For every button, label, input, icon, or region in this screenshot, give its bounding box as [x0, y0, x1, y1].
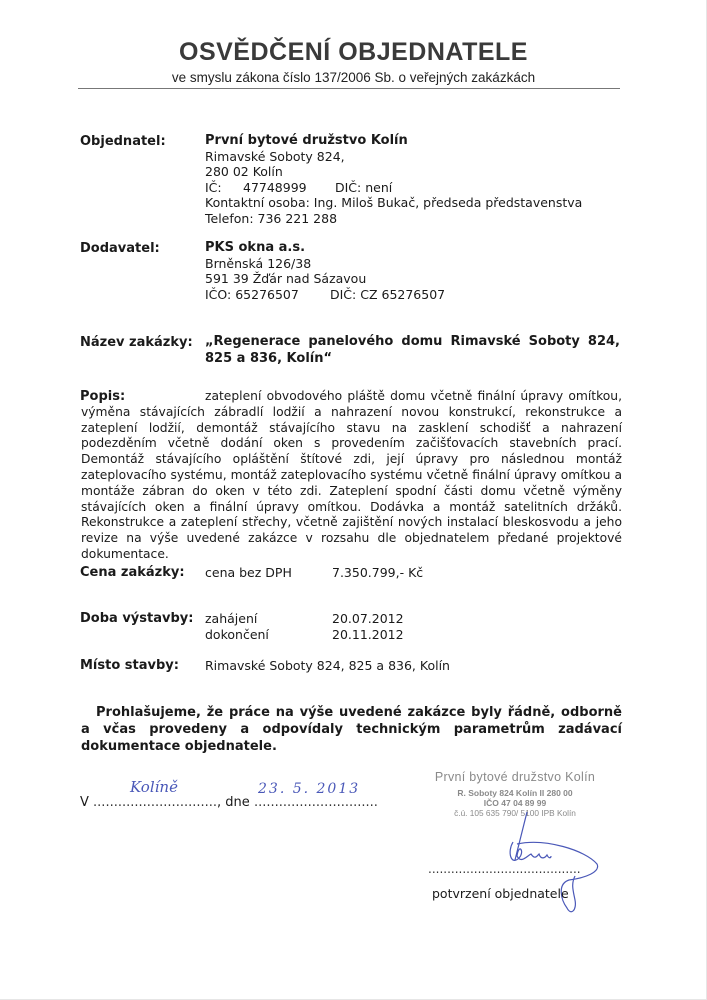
price-value: 7.350.799,- Kč [332, 565, 423, 580]
client-name: První bytové družstvo Kolín [205, 133, 582, 149]
client-contact: Kontaktní osoba: Ing. Miloš Bukač, předs… [205, 195, 582, 211]
start-label: zahájení [205, 611, 257, 626]
supplier-ids: IČO: 65276507DIČ: CZ 65276507 [205, 287, 445, 303]
client-block: První bytové družstvo Kolín Rimavské Sob… [205, 133, 582, 227]
signature-field: ........................................ [428, 862, 581, 876]
supplier-label: Dodavatel: [80, 241, 160, 256]
date-field: .............................. [254, 795, 378, 810]
supplier-ico: IČO: 65276507 [205, 287, 330, 303]
handwritten-date: 23. 5. 2013 [258, 781, 360, 797]
client-phone: Telefon: 736 221 288 [205, 211, 582, 227]
declaration-text: Prohlašujeme, že práce na výše uvedené z… [81, 704, 622, 755]
duration-label: Doba výstavby: [80, 611, 193, 626]
end-date: 20.11.2012 [332, 627, 404, 642]
description-text: zateplení obvodového pláště domu včetně … [81, 389, 622, 563]
price-description: cena bez DPH [205, 565, 292, 580]
location-value: Rimavské Soboty 824, 825 a 836, Kolín [205, 658, 450, 673]
header-divider [78, 88, 620, 89]
description-label: Popis: [80, 389, 125, 404]
document-subtitle: ve smyslu zákona číslo 137/2006 Sb. o ve… [0, 70, 707, 85]
contract-label: Název zakázky: [80, 335, 193, 350]
date-prefix: , dne [217, 795, 250, 810]
handwritten-place: Kolíně [130, 778, 178, 796]
start-date: 20.07.2012 [332, 611, 404, 626]
document-page: OSVĚDČENÍ OBJEDNATELE ve smyslu zákona č… [0, 0, 707, 1000]
supplier-dic: DIČ: CZ 65276507 [330, 287, 445, 302]
supplier-name: PKS okna a.s. [205, 240, 445, 256]
price-label: Cena zakázky: [80, 565, 185, 580]
contract-name: „Regenerace panelového domu Rimavské Sob… [205, 333, 620, 367]
client-address-line2: 280 02 Kolín [205, 164, 582, 180]
supplier-address-line2: 591 39 Žďár nad Sázavou [205, 271, 445, 287]
location-label: Místo stavby: [80, 658, 179, 673]
client-ic-value: 47748999 [243, 180, 335, 196]
place-field: .............................. [93, 795, 217, 810]
place-prefix: V [80, 795, 89, 810]
document-title: OSVĚDČENÍ OBJEDNATELE [0, 38, 707, 67]
client-label: Objednatel: [80, 134, 166, 149]
confirmation-label: potvrzení objednatele [432, 886, 569, 901]
end-label: dokončení [205, 627, 269, 642]
client-dic: DIČ: není [335, 180, 392, 195]
place-date-line: V .............................., dne ..… [80, 795, 378, 810]
client-ic-label: IČ: [205, 180, 243, 196]
supplier-block: PKS okna a.s. Brněnská 126/38 591 39 Žďá… [205, 240, 445, 302]
client-ids: IČ:47748999DIČ: není [205, 180, 582, 196]
client-address-line1: Rimavské Soboty 824, [205, 149, 582, 165]
supplier-address-line1: Brněnská 126/38 [205, 256, 445, 272]
